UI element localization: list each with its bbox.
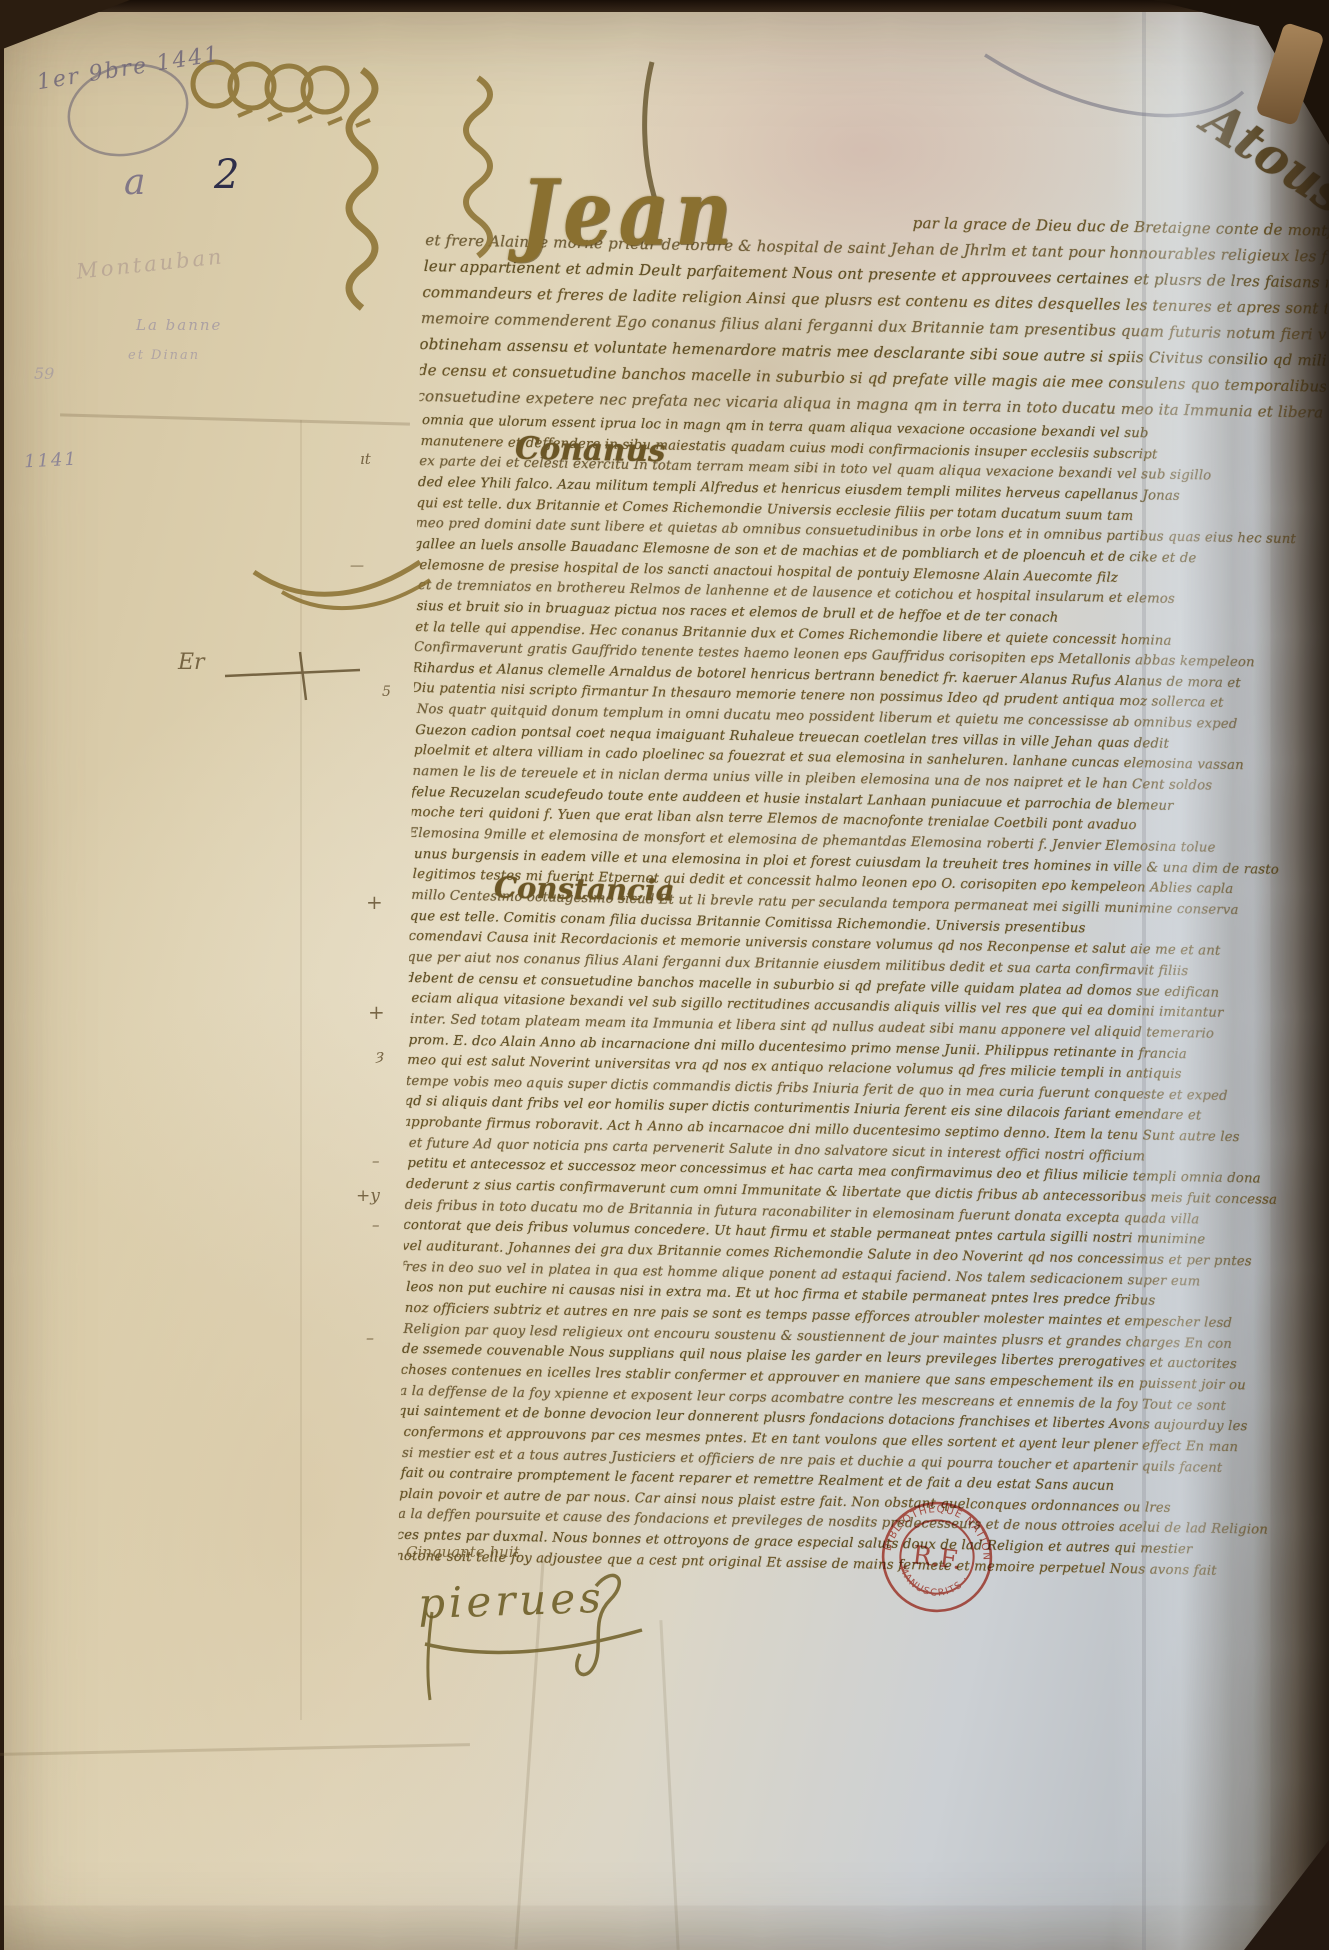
binding-gutter-shadow — [1253, 0, 1329, 1950]
notary-signature: pierues — [417, 1573, 605, 1628]
shelfmark-letter: a — [124, 162, 145, 203]
margin-mark: – — [372, 1216, 380, 1234]
margin-mark: 5 — [382, 684, 391, 700]
cadel-flourishes — [193, 62, 660, 608]
margin-mark: + — [368, 1000, 385, 1024]
manuscript-photo: par la grace de Dieu duc de Bretaigne co… — [0, 0, 1329, 1950]
shelfmark-number: 2 — [214, 152, 239, 198]
library-stamp: BIBLIOTHEQUE NATIONALE · MANUSCRITS · R.… — [869, 1489, 1005, 1625]
illuminated-initial: Jean — [520, 161, 738, 266]
faint-pencil-note: La banne — [136, 316, 222, 334]
margin-mark: – — [372, 1152, 380, 1170]
decorated-word: Constancia — [494, 870, 675, 907]
page-fold-highlight — [1113, 0, 1263, 1950]
margin-mark: – — [366, 1328, 374, 1347]
pencil-number: 59 — [34, 364, 54, 383]
margin-mark: — — [350, 558, 364, 574]
pencil-number-1141: 1141 — [23, 449, 78, 473]
margin-mark: + — [366, 890, 383, 914]
faint-pencil-note: et Dinan — [128, 348, 200, 363]
stamp-center-text: R.F. — [911, 1539, 963, 1575]
decorated-word: Conanus — [515, 431, 666, 470]
margin-mark: ıt — [360, 450, 371, 468]
margin-mark: +y — [356, 1186, 380, 1206]
photo-top-edge — [0, 0, 1329, 12]
er-cross-mark — [225, 652, 360, 700]
margin-mark: ȝ — [376, 1046, 384, 1064]
margin-mark: Er — [178, 650, 205, 675]
